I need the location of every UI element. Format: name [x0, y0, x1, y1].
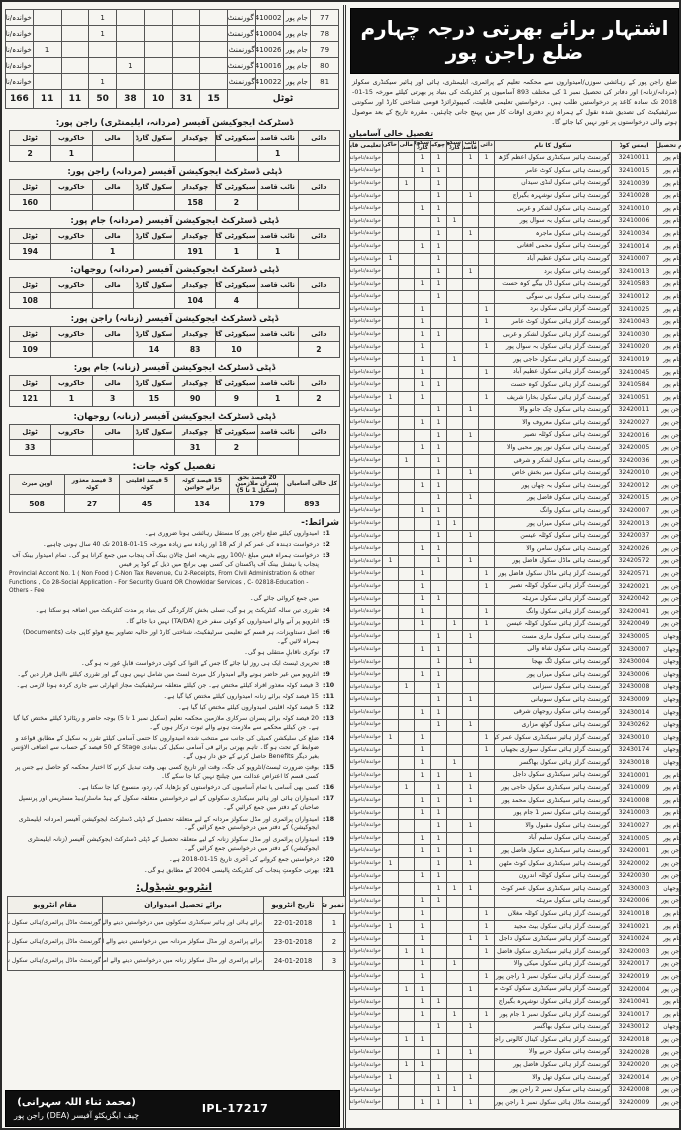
office-section-title: ڈپٹی ڈسٹرکٹ ایجوکیشن آفیسر (مردانہ) جام …: [9, 216, 340, 226]
column-header: سیکورٹی گارڈ: [216, 131, 257, 146]
column-header: خاکروب: [51, 278, 92, 293]
condition-item: 17:امیدواران ہائی اور ہائیر سیکنڈری سکول…: [9, 795, 339, 813]
column-header: نائب قاصد: [257, 278, 298, 293]
right-column: اشتہار برائے بھرتی درجہ چہارم ضلع راجن پ…: [349, 5, 680, 1129]
column-header: سیکورٹی گارڈ: [216, 229, 257, 244]
table-row: 324-01-2018برائے پرائمری اور مڈل سکولز ز…: [8, 951, 346, 970]
table-row: 49روجھان32430018گورنمنٹ گرلز ہائی سکول ب…: [350, 757, 681, 770]
column-header: سیکورٹی گارڈ: [216, 425, 257, 440]
column-header: دائی: [298, 327, 339, 342]
column-header: دائی: [298, 131, 339, 146]
table-row: 1جام پور32410011گورنمنٹ ہائیر سیکنڈری سک…: [350, 152, 681, 165]
column-header: سکول کا نام: [495, 140, 612, 152]
condition-item: 7:نوکری ناقابلِ منتقلی ہو گی۔: [9, 649, 339, 658]
column-header: خاکروب: [51, 229, 92, 244]
column-header: خاکروب: [51, 180, 92, 195]
condition-item: 19:امیدواران پرائمری اور مڈل سکولز زنانہ…: [9, 836, 339, 854]
column-header: نائب قاصد: [257, 376, 298, 391]
ipl-number: IPL-17217: [139, 1102, 331, 1115]
table-row: 66راجن پور32420019گورنمنٹ گرلز ہائی سکول…: [350, 971, 681, 984]
condition-item: 8:تحریری ٹیسٹ ایک ہی روز لیا جائے گا جس …: [9, 660, 339, 669]
condition-item: 2:درخواست دہندہ کی عمر کم از کم 18 اور ز…: [9, 541, 339, 550]
signature-block: (محمد ثناء اللہ سہرانی) چیف ایگزیکٹو آفی…: [14, 1096, 139, 1121]
table-row: 4جام پور32410028گورنمنٹ ہائی سکول نوشہرہ…: [350, 190, 681, 203]
table-row: 17جام پور32410019گورنمنٹ گرلز ہائی سکول …: [350, 354, 681, 367]
column-header: دائی: [298, 425, 339, 440]
column-header: سکول گارڈ: [133, 180, 174, 195]
condition-item: 15:بوقتِ ضرورت ٹیسٹ/انٹرویو کی جگہ، وقت …: [9, 764, 339, 782]
table-row: 36راجن پور32420042گورنمنٹ گرلز ہائی سکول…: [350, 593, 681, 606]
column-header: سکول گارڈ: [133, 131, 174, 146]
table-row: 59روجھان32430003گورنمنٹ ہائیر سیکنڈری سک…: [350, 883, 681, 896]
table-row: 223-01-2018برائے پرائمری اور مڈل سکولز م…: [8, 932, 346, 951]
column-header: نائب قاصد: [257, 229, 298, 244]
condition-item: 3:درخواست ہمراہ فیس مبلغ -/100 روپے بذری…: [9, 552, 339, 604]
table-row: 38راجن پور32420049گورنمنٹ گرلز ہائی سکول…: [350, 618, 681, 631]
table-row: 58راجن پور32420030گورنمنٹ ہائی سکول کوٹل…: [350, 870, 681, 883]
table-row: 80جام پور32410016گورنمنٹ ہائی سکول نمبر …: [6, 58, 339, 74]
table-row: 70روجھان32430012گورنمنٹ ہائی سکول بھاگسر…: [350, 1021, 681, 1034]
condition-item: 9:انٹرویو میں غیر حاضر ہونے والے امیدوار…: [9, 671, 339, 680]
office-section-table: دائینائب قاصدسیکورٹی گارڈچوکیدارسکول گار…: [9, 179, 340, 211]
column-header: خاکروب: [51, 425, 92, 440]
office-section-title: ڈپٹی ڈسٹرکٹ ایجوکیشن آفیسر (زنانہ) روجھا…: [9, 412, 340, 422]
condition-item: 21:بھرتی حکومتِ پنجاب کی کنٹریکٹ پالیسی …: [9, 867, 339, 876]
table-row: 2108314109: [10, 342, 340, 358]
office-section-table: دائینائب قاصدسیکورٹی گارڈچوکیدارسکول گار…: [9, 130, 340, 162]
table-row: 57راجن پور32420002گورنمنٹ ہائیر سیکنڈری …: [350, 858, 681, 871]
table-row: 3جام پور32410039گورنمنٹ ہائی سکول لنڈی س…: [350, 177, 681, 190]
column-header: چوکیدار: [175, 376, 216, 391]
column-header: خاکروب: [51, 327, 92, 342]
table-row: 24راجن پور32420005گورنمنٹ ہائی سکول نور …: [350, 442, 681, 455]
office-section-table: دائینائب قاصدسیکورٹی گارڈچوکیدارسکول گار…: [9, 326, 340, 358]
table-row: 47روجھان32430010گورنمنٹ گرلز ہائیر سیکنڈ…: [350, 732, 681, 745]
table-row: 219901531121: [10, 391, 340, 407]
table-row: 46روجھان32430262گورنمنٹ ہائی سکول گوٹھ م…: [350, 719, 681, 732]
table-row: 51جام پور32410009گورنمنٹ ہائیر سیکنڈری س…: [350, 782, 681, 795]
table-row: 35راجن پور32420021گورنمنٹ گرلز ہائی سکول…: [350, 580, 681, 593]
column-header: دائی: [479, 140, 495, 152]
column-header: چوکیدار: [175, 327, 216, 342]
quota-table: کل خالی آسامیاں20 فیصد بحق پسران ملازمین…: [9, 474, 340, 513]
condition-item: 18:امیدواران پرائمری اور مڈل سکولز مردان…: [9, 816, 339, 834]
column-header: سیکورٹی گارڈ: [216, 327, 257, 342]
table-row: 20جام پور32410051گورنمنٹ گرلز ہائی سکول …: [350, 392, 681, 405]
table-row: 19جام پور32410584گورنمنٹ گرلز ہائی سکول …: [350, 379, 681, 392]
table-row: 4104108: [10, 293, 340, 309]
table-row: 30راجن پور32420013گورنمنٹ ہائی سکول میرا…: [350, 518, 681, 531]
table-row: 21راجن پور32420011گورنمنٹ ہائی سکول چک ج…: [350, 404, 681, 417]
column-header: 20 فیصد بحق پسران ملازمین (سکیل 1 تا 5): [230, 475, 285, 495]
column-header: ٹوٹل: [10, 376, 51, 391]
table-row: 52جام پور32410008گورنمنٹ ہائیر سیکنڈری س…: [350, 795, 681, 808]
table-row: 79جام پور32410026گورنمنٹ ٹیکنیکل ہائی سک…: [6, 42, 339, 58]
table-row: 15جام پور32410030گورنمنٹ گرلز ہائی سکول …: [350, 329, 681, 342]
table-row: 77جام پور32410002گورنمنٹ ہائی سکول کوٹلہ…: [6, 10, 339, 26]
vacancy-table-main: نمبر شمارنام تحصیلایمس کوڈسکول کا نامدائ…: [349, 140, 681, 1110]
table-row: 11جام پور32410583گورنمنٹ ہائی سکول ڈل بی…: [350, 278, 681, 291]
column-header: سیکورٹی گارڈ: [447, 140, 463, 152]
table-row: 43روجھان32430008گورنمنٹ ہائی سکول سبزانی…: [350, 681, 681, 694]
table-row: 8جام پور32410014گورنمنٹ ہائی سکول محمی ا…: [350, 240, 681, 253]
table-row: 111911194: [10, 244, 340, 260]
advertisement-page: 77جام پور32410002گورنمنٹ ہائی سکول کوٹلہ…: [0, 0, 681, 1130]
interview-schedule-title: انٹرویو شیڈول:: [5, 882, 343, 893]
vacancy-table-continuation: 77جام پور32410002گورنمنٹ ہائی سکول کوٹلہ…: [5, 9, 339, 109]
table-row: 39روجھان32430005گورنمنٹ ہائی سکول ماری م…: [350, 631, 681, 644]
signatory-name: (محمد ثناء اللہ سہرانی): [14, 1096, 139, 1110]
advert-banner: اشتہار برائے بھرتی درجہ چہارم ضلع راجن پ…: [350, 8, 679, 74]
column-header: نائب قاصد: [463, 140, 479, 152]
vacancy-caption: تفصیل خالی آسامیاں: [349, 129, 433, 139]
table-row: 2جام پور32410015گورنمنٹ ہائی سکول کوٹ عا…: [350, 165, 681, 178]
table-row: 61جام پور32410018گورنمنٹ گرلز ہائی سکول …: [350, 908, 681, 921]
footer-bar: (محمد ثناء اللہ سہرانی) چیف ایگزیکٹو آفی…: [5, 1090, 340, 1127]
column-header: نائب قاصد: [257, 327, 298, 342]
table-row: 2158160: [10, 195, 340, 211]
table-row: 33راجن پور32420572گورنمنٹ ہائی ماڈل سکول…: [350, 555, 681, 568]
column-header: مالی: [92, 131, 133, 146]
table-row: 29راجن پور32420007گورنمنٹ ہائی سکول وانگ…: [350, 505, 681, 518]
conditions-title: شرائط:-: [9, 518, 339, 528]
office-section-table: دائینائب قاصدسیکورٹی گارڈچوکیدارسکول گار…: [9, 228, 340, 260]
column-header: دائی: [298, 376, 339, 391]
column-header: مالی: [92, 180, 133, 195]
table-row: 65راجن پور32420017گورنمنٹ گرلز ہائی سکول…: [350, 958, 681, 971]
column-header: نائب قاصد: [257, 131, 298, 146]
table-row: 55جام پور32410005گورنمنٹ ہائی سکول سلیم …: [350, 832, 681, 845]
column-header: ٹوٹل: [10, 425, 51, 440]
table-row: 14جام پور32410043گورنمنٹ گرلز ہائی سکول …: [350, 316, 681, 329]
table-row: 13جام پور32410025گورنمنٹ گرلز ہائی سکول …: [350, 303, 681, 316]
office-section-table: دائینائب قاصدسیکورٹی گارڈچوکیدارسکول گار…: [9, 375, 340, 407]
column-header: سکول گارڈ: [133, 425, 174, 440]
table-row: 37راجن پور32420041گورنمنٹ گرلز ہائی سکول…: [350, 606, 681, 619]
office-section-title: ڈسٹرکٹ ایجوکیشن آفیسر (مردانہ، ایلیمنٹری…: [9, 118, 340, 128]
column-header: نام تحصیل: [657, 140, 681, 152]
column-header: دائی: [298, 180, 339, 195]
column-header: کل خالی آسامیاں: [285, 475, 340, 495]
column-header: مالی: [92, 278, 133, 293]
column-header: اوپن میرٹ: [10, 475, 65, 495]
table-row: 40روجھان32430007گورنمنٹ ہائی سکول شاہ وا…: [350, 643, 681, 656]
column-header: نائب قاصد: [257, 425, 298, 440]
intro-paragraph: ضلع راجن پور کے رہائشی سوزں/امیدواروں سے…: [349, 78, 680, 128]
column-header: چوکیدار: [175, 278, 216, 293]
column-header: مالی: [92, 229, 133, 244]
table-row: 41روجھان32430004گورنمنٹ ہائی سکول ٹگ بھج…: [350, 656, 681, 669]
interview-schedule-table: نمبر شمارتاریخ انٹرویوبرائے تحصیل امیدوا…: [7, 896, 346, 971]
table-row: 18جام پور32410045گورنمنٹ گرلز ہائی سکول …: [350, 366, 681, 379]
table-row: 42روجھان32430006گورنمنٹ ہائی سکول میراں …: [350, 669, 681, 682]
table-row: 27راجن پور32420012گورنمنٹ ہائی سکول بہ چ…: [350, 480, 681, 493]
office-section-table: دائینائب قاصدسیکورٹی گارڈچوکیدارسکول گار…: [9, 424, 340, 456]
condition-item: 4:تقرری تین سالہ کنٹریکٹ پر ہو گی، تسلی …: [9, 607, 339, 616]
table-row: 74راجن پور32420014گورنمنٹ ہائی سکول تھل …: [350, 1072, 681, 1085]
column-header: 3 فیصد معذور کوٹہ: [65, 475, 120, 495]
column-header: چوکیدار: [431, 140, 447, 152]
table-row: 76راجن پور32420009گورنمنٹ ماڈل ہائی سکول…: [350, 1097, 681, 1110]
column-header: 15 فیصد کوٹہ برائے خواتین: [175, 475, 230, 495]
advert-title: اشتہار برائے بھرتی درجہ چہارم ضلع راجن پ…: [355, 16, 674, 64]
column-header: تعلیمی قابلیت: [350, 140, 383, 152]
table-row: 56راجن پور32420001گورنمنٹ ہائیر سیکنڈری …: [350, 845, 681, 858]
table-row: 5جام پور32410010گورنمنٹ ہائی سکول لشکر و…: [350, 203, 681, 216]
table-row: 54جام پور32410027گورنمنٹ ہائی سکول مقبول…: [350, 820, 681, 833]
table-row: 44روجھان32430009گورنمنٹ ہائی سکول سونیان…: [350, 694, 681, 707]
column-header: سیکورٹی گارڈ: [216, 376, 257, 391]
totals-row: ٹوٹل15311038501111166: [6, 90, 339, 109]
column-header: مالی: [92, 376, 133, 391]
signatory-title: چیف ایگزیکٹو آفیسر (DEA) راجن پور: [14, 1110, 139, 1121]
column-header: سکول گارڈ: [415, 140, 431, 152]
column-header: مالی: [92, 425, 133, 440]
table-row: 71راجن پور32420018گورنمنٹ گرلز ہائی سکول…: [350, 1034, 681, 1047]
column-header: سکول گارڈ: [133, 327, 174, 342]
column-header: چوکیدار: [175, 131, 216, 146]
column-header: سیکورٹی گارڈ: [216, 180, 257, 195]
table-row: 122-01-2018برائے ہائی اور ہائیر سیکنڈری …: [8, 913, 346, 932]
table-row: 12جام پور32410012گورنمنٹ ہائی سکول بی سو…: [350, 291, 681, 304]
condition-item: 11:15 فیصد کوٹہ برائے زنانہ امیدواروں کی…: [9, 693, 339, 702]
column-header: خاکروب: [51, 131, 92, 146]
column-header: سیکورٹی گارڈ: [216, 278, 257, 293]
table-row: 7جام پور32410034گورنمنٹ ہائی سکول ماجرہ1…: [350, 228, 681, 241]
table-row: 64راجن پور32420003گورنمنٹ گرلز ہائیر سیک…: [350, 946, 681, 959]
table-row: 28راجن پور32420015گورنمنٹ ہائی سکول فاضل…: [350, 492, 681, 505]
column-header: ٹوٹل: [10, 180, 51, 195]
table-row: 68جام پور32410041گورنمنٹ گرلز ہائی سکول …: [350, 996, 681, 1009]
condition-item: 20:درخواستیں جمع کروانے کی آخری تاریخ 15…: [9, 856, 339, 865]
table-row: 112: [10, 146, 340, 162]
table-row: 67راجن پور32420004گورنمنٹ گرلز ہائیر سیک…: [350, 983, 681, 996]
table-row: 50جام پور32410001گورنمنٹ ہائیر سیکنڈری س…: [350, 769, 681, 782]
column-header: چوکیدار: [175, 229, 216, 244]
office-section-table: دائینائب قاصدسیکورٹی گارڈچوکیدارسکول گار…: [9, 277, 340, 309]
column-header: نمبر شمار: [323, 896, 346, 913]
table-row: 73راجن پور32420020گورنمنٹ گرلز ہائی سکول…: [350, 1059, 681, 1072]
office-section-title: ڈپٹی ڈسٹرکٹ ایجوکیشن آفیسر (مردانہ) روجھ…: [9, 265, 340, 275]
column-header: خاکروب: [383, 140, 399, 152]
office-section-title: ڈپٹی ڈسٹرکٹ ایجوکیشن آفیسر (مردانہ) راجن…: [9, 167, 340, 177]
column-header: سکول گارڈ: [133, 376, 174, 391]
column-header: ٹوٹل: [10, 278, 51, 293]
table-row: 63جام پور32410024گورنمنٹ گرلز ہائیر سیکن…: [350, 933, 681, 946]
column-header: دائی: [298, 229, 339, 244]
table-row: 22راجن پور32420027گورنمنٹ ہائی سکول معرو…: [350, 417, 681, 430]
table-row: 23راجن پور32420016گورنمنٹ ہائی سکول کوٹل…: [350, 429, 681, 442]
column-header: برائے تحصیل امیدواران: [103, 896, 264, 913]
condition-item: 1:امیدواروں کیلئے ضلع راجن پور کا مستقل …: [9, 530, 339, 539]
table-row: 72راجن پور32420028گورنمنٹ ہائی سکول حربے…: [350, 1046, 681, 1059]
table-row: 31راجن پور32420037گورنمنٹ ہائی سکول کوٹل…: [350, 530, 681, 543]
office-section-title: ڈپٹی ڈسٹرکٹ ایجوکیشن آفیسر (زنانہ) راجن …: [9, 314, 340, 324]
condition-item: 10:3 فیصد کوٹہ معذور افراد کیلئے مختص ہے…: [9, 682, 339, 691]
table-row: 48روجھان32430174گورنمنٹ گرلز ہائی سکول س…: [350, 744, 681, 757]
column-header: 5 فیصد اقلیتی کوٹہ: [120, 475, 175, 495]
office-section-title: ڈپٹی ڈسٹرکٹ ایجوکیشن آفیسر (زنانہ) جام پ…: [9, 363, 340, 373]
column-header: ٹوٹل: [10, 229, 51, 244]
table-row: 53جام پور32410003گورنمنٹ ہائی سکول نمبر …: [350, 807, 681, 820]
table-row: 32راجن پور32420026گورنمنٹ ہائی سکول سامن…: [350, 543, 681, 556]
office-sections: ڈسٹرکٹ ایجوکیشن آفیسر (مردانہ، ایلیمنٹری…: [5, 109, 343, 456]
column-header: ٹوٹل: [10, 327, 51, 342]
condition-item: 13:20 فیصد کوٹہ برائے پسران سرکاری ملازم…: [9, 715, 339, 733]
condition-item: 12:5 فیصد کوٹہ اقلیتی امیدواروں کیلئے مخ…: [9, 704, 339, 713]
column-header: دائی: [298, 278, 339, 293]
table-row: 9جام پور32410007گورنمنٹ ہائی سکول عظیم آ…: [350, 253, 681, 266]
column-header: سکول گارڈ: [133, 229, 174, 244]
condition-item: 16:کسی بھی آسامی یا تمام آسامیوں کی درخو…: [9, 784, 339, 793]
conditions-section: شرائط:- 1:امیدواروں کیلئے ضلع راجن پور ک…: [5, 513, 343, 876]
table-row: 78جام پور32410004گورنمنٹ ہائی سکول کوٹلہ…: [6, 26, 339, 42]
table-row: 23133: [10, 440, 340, 456]
table-row: 25راجن پور32420036گورنمنٹ ہائی سکول لشکر…: [350, 455, 681, 468]
table-row: 45روجھان32430014گورنمنٹ ہائی سکول روجھان…: [350, 706, 681, 719]
column-header: سکول گارڈ: [133, 278, 174, 293]
column-header: مقام انٹرویو: [8, 896, 103, 913]
column-header: مالی: [399, 140, 415, 152]
table-row: 34راجن پور32420571گورنمنٹ گرلز ہائی ماڈل…: [350, 568, 681, 581]
column-header: چوکیدار: [175, 180, 216, 195]
table-row: 16جام پور32410020گورنمنٹ گرلز ہائی سکول …: [350, 341, 681, 354]
column-header: نائب قاصد: [257, 180, 298, 195]
column-header: چوکیدار: [175, 425, 216, 440]
table-row: 69جام پور32410017گورنمنٹ گرلز ہائی سکول …: [350, 1009, 681, 1022]
column-header: ایمس کوڈ: [612, 140, 657, 152]
quota-title: تفصیل کوٹہ جات:: [5, 461, 343, 472]
table-row: 10جام پور32410013گورنمنٹ ہائی سکول برد11…: [350, 266, 681, 279]
column-header: خاکروب: [51, 376, 92, 391]
condition-item: 14:ضلع کی سلیکشن کمیٹی کی جانب سے منتخب …: [9, 735, 339, 762]
table-row: 60راجن پور32420006گورنمنٹ ہائی سکول مرہٹ…: [350, 895, 681, 908]
left-column: 77جام پور32410002گورنمنٹ ہائی سکول کوٹلہ…: [5, 5, 346, 1129]
table-row: 26راجن پور32420010گورنمنٹ ہائی سکول میر …: [350, 467, 681, 480]
table-row: 81جام پور32410022گورنمنٹ گرلز ہائی سکول …: [6, 74, 339, 90]
column-header: ٹوٹل: [10, 131, 51, 146]
column-header: تاریخ انٹرویو: [264, 896, 323, 913]
condition-item: 5:انٹرویو پر آنے والے امیدواروں کو کوئی …: [9, 618, 339, 627]
table-row: 62جام پور32410021گورنمنٹ گرلز ہائی سکول …: [350, 921, 681, 934]
table-row: 6جام پور32410006گورنمنٹ ہائی سکول بہ سوا…: [350, 215, 681, 228]
condition-item: 6:اصل دستاویزات، ہر قسم کے تعلیمی سرٹیفک…: [9, 629, 339, 647]
table-row: 75راجن پور32420008گورنمنٹ ہائی سکول نمبر…: [350, 1084, 681, 1097]
column-header: مالی: [92, 327, 133, 342]
